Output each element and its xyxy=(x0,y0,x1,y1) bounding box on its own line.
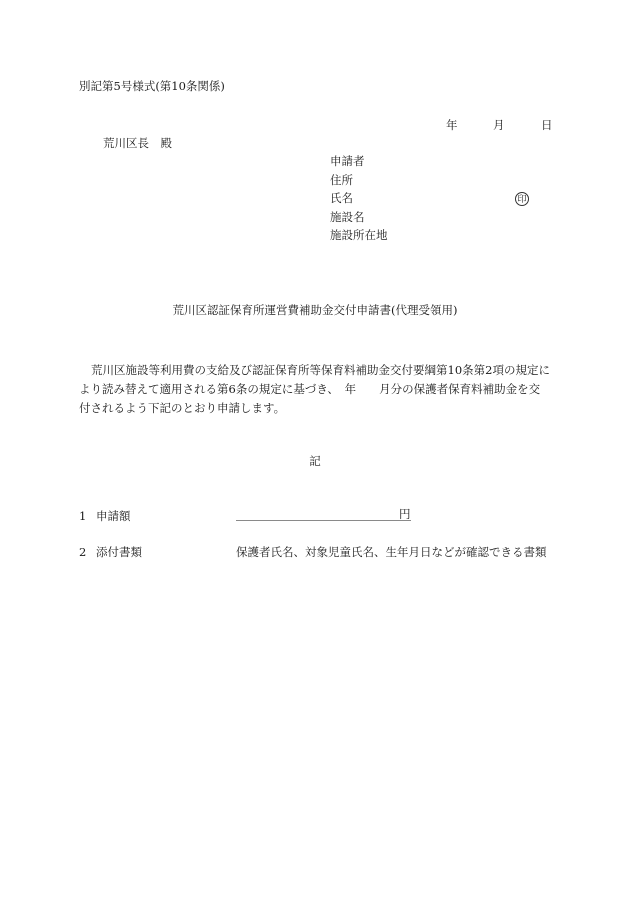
item-1-label: 申請額 xyxy=(96,511,131,523)
body-paragraph: 荒川区施設等利用費の支給及び認証保育所等保育料補助金交付要綱第10条第2項の規定… xyxy=(79,361,553,418)
item-2-label: 添付書類 xyxy=(96,547,142,559)
body-line-1: 荒川区施設等利用費の支給及び認証保育所等保育料補助金交付要綱第10条第2項の規定… xyxy=(79,361,553,380)
body-line-3: 付されるよう下記のとおり申請します。 xyxy=(79,399,553,418)
date-month-label: 月 xyxy=(493,120,505,132)
facility-address-label: 施設所在地 xyxy=(330,230,388,249)
name-label: 氏名 xyxy=(330,193,388,212)
amount-blank-line xyxy=(236,520,411,521)
ki-heading: 記 xyxy=(0,456,630,468)
yen-unit: 円 xyxy=(399,509,411,521)
seal-icon: 印 xyxy=(515,192,529,206)
applicant-heading: 申請者 xyxy=(330,156,388,175)
date-year-label: 年 xyxy=(446,120,458,132)
form-identifier: 別記第5号様式(第10条関係) xyxy=(79,81,225,93)
body-line-2: より読み替えて適用される第6条の規定に基づき、 年 月分の保護者保育料補助金を交 xyxy=(79,380,553,399)
item-2-number: 2 xyxy=(79,547,86,559)
date-day-label: 日 xyxy=(541,120,553,132)
document-title: 荒川区認証保育所運営費補助金交付申請書(代理受領用) xyxy=(0,305,630,317)
applicant-block: 申請者 住所 氏名 施設名 施設所在地 xyxy=(330,156,388,249)
item-1-number: 1 xyxy=(79,511,86,523)
addressee: 荒川区長 殿 xyxy=(103,138,172,150)
attachment-description: 保護者氏名、対象児童氏名、生年月日などが確認できる書類 xyxy=(236,547,547,559)
